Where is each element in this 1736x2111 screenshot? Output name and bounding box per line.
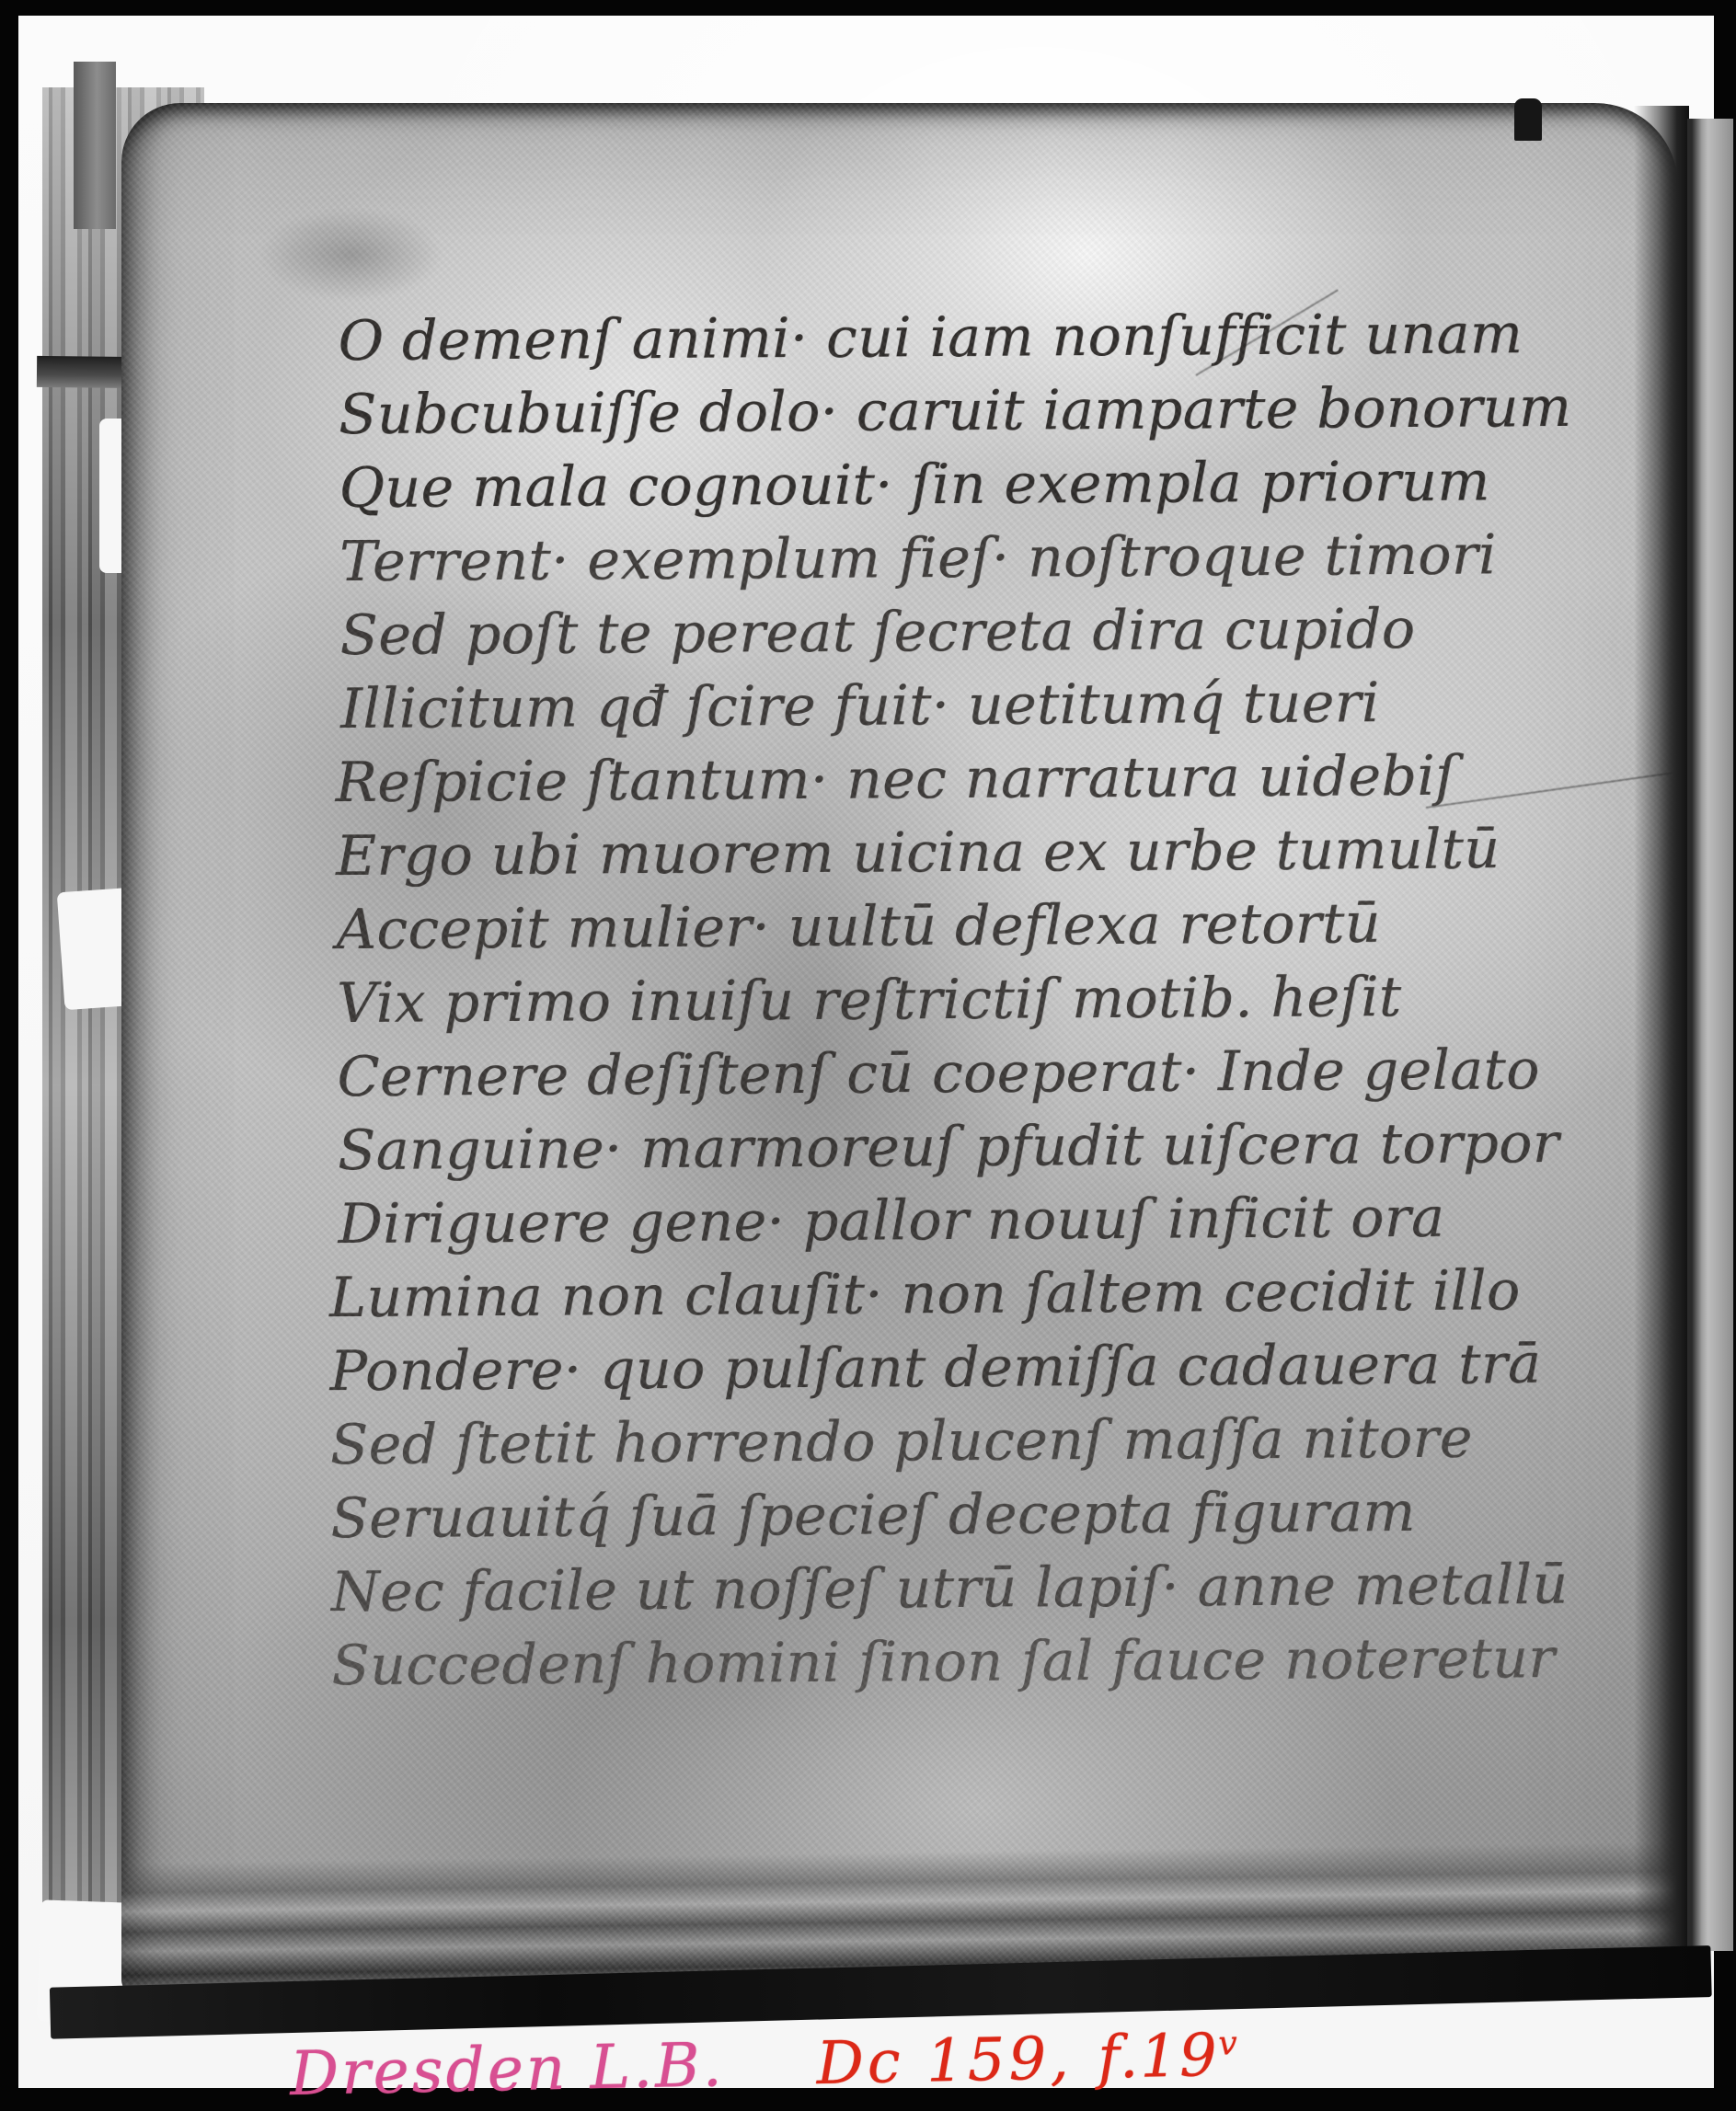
facing-page-edge	[1687, 119, 1733, 1951]
manuscript-text-line: Vix primo inuiſu reſtrictiſ motib. heſit	[337, 959, 1576, 1040]
manuscript-text-line: Nec facile ut noſſeſ utrū lapiſ· anne me…	[331, 1548, 1580, 1629]
manuscript-text-line: Sanguine· marmoreuſ pfudit uiſcera torpo…	[338, 1107, 1577, 1187]
manuscript-photograph: { "manuscript": { "lines": [ "O demenſ a…	[0, 0, 1736, 2111]
manuscript-text-line: Sed poſt te pereat ſecreta dira cupido	[339, 591, 1573, 672]
manuscript-text-line: Seruauitq́ ſuā ſpecieſ decepta figuram	[330, 1474, 1579, 1555]
manuscript-text-line: Succedenſ homini ſinon ſal fauce noteret…	[331, 1622, 1580, 1703]
catalog-annotation: Dresden L.B. Dc 159, f.19v	[289, 2014, 1440, 2109]
gutter-shadow	[1634, 106, 1689, 1953]
manuscript-text-line: Diriguere gene· pallor nouuſ inficit ora	[338, 1180, 1577, 1261]
manuscript-text-line: Accepit mulier· uultū deflexa retortū	[336, 886, 1575, 967]
manuscript-text-line: Terrent· exemplum fieſ· noſtroque timori	[339, 518, 1573, 599]
manuscript-text-line: Sed ſtetit horrendo plucenſ maſſa nitore	[330, 1401, 1579, 1482]
annotation-folio: f.19v	[1098, 2021, 1240, 2092]
photo-paper: O demenſ animi· cui iam nonſufficit unam…	[18, 16, 1714, 2088]
manuscript-text-line: Cernere deſiſtenſ cū coeperat· Inde gela…	[337, 1033, 1576, 1114]
manuscript-text-line: Lumina non clauſit· non ſaltem cecidit i…	[329, 1254, 1578, 1335]
torn-leaf-fragment-top	[74, 62, 116, 229]
manuscript-text-line: Illicitum qđ ſcire fuit· uetitumq́ tueri	[340, 665, 1574, 746]
manuscript-text-line: Pondere· quo pulſant demiſſa cadauera tr…	[329, 1327, 1578, 1408]
annotation-library: Dresden L.B.	[289, 2029, 725, 2109]
manuscript-text-block: O demenſ animi· cui iam nonſufficit unam…	[338, 297, 1579, 1703]
manuscript-text-line: Reſpicie ſtantum· nec narratura uidebiſ	[335, 739, 1574, 820]
manuscript-page: O demenſ animi· cui iam nonſufficit unam…	[121, 103, 1678, 1996]
annotation-folio-side: v	[1218, 2025, 1239, 2062]
manuscript-text-line: Ergo ubi muorem uicina ex urbe tumultū	[336, 812, 1575, 893]
parchment-crack	[1195, 289, 1338, 375]
manuscript-text-line: Subcubuiſſe dolo· caruit iamparte bonoru…	[339, 371, 1572, 452]
annotation-shelfmark: Dc 159,	[816, 2025, 1073, 2098]
faded-folio-mark	[259, 209, 443, 301]
manuscript-text-line: Que mala cognouit· ſin exempla priorum	[339, 444, 1572, 525]
binding-tab	[1514, 98, 1542, 141]
manuscript-text-line: O demenſ animi· cui iam nonſufficit unam	[338, 297, 1571, 378]
annotation-folio-number: f.19	[1098, 2022, 1220, 2093]
